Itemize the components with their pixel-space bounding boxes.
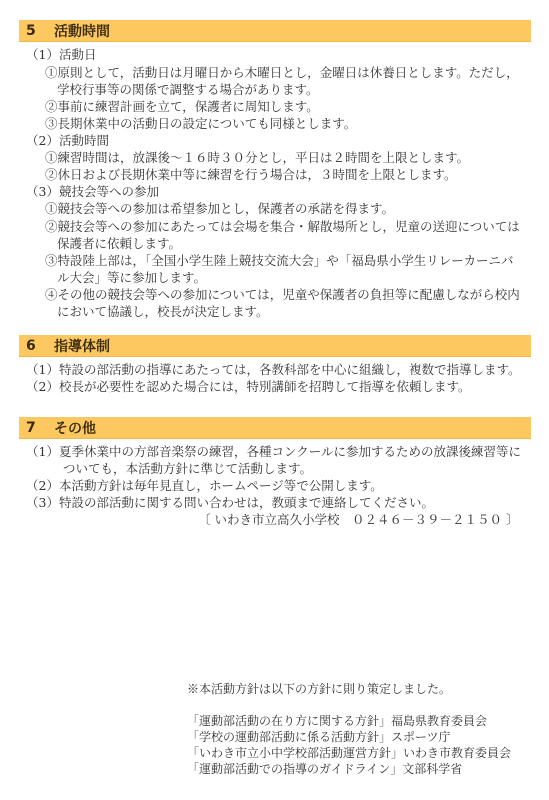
list-item: ④その他の競技会等への参加については，児童や保護者の負担等に配慮しながら校内 [45, 286, 520, 303]
section-6-header: 6 指導体制 [19, 335, 531, 357]
list-item-continuation: において協議し，校長が決定します。 [57, 303, 269, 320]
list-item: ①練習時間は，放課後～１６時３０分とし，平日は２時間を上限とします。 [45, 149, 469, 166]
section-7-header: 7 その他 [19, 417, 531, 439]
footnote-intro: ※本活動方針は以下の方針に則り策定しました。 [187, 681, 451, 697]
list-item: ①原則として，活動日は月曜日から木曜日とし，金曜日は休養日とします。ただし， [45, 64, 519, 81]
contact-info: 〔 いわき市立高久小学校 ０２４６－３９－２１５０ 〕 [198, 511, 518, 528]
section-title: 活動時間 [54, 21, 110, 41]
subsection-label: （1）活動日 [26, 46, 96, 63]
list-item: （2）校長が必要性を認めた場合には，特別講師を招聘して指導を依頼します。 [26, 378, 470, 395]
reference-item: 「運動部活動での指導のガイドライン」文部科学省 [187, 761, 462, 777]
section-5-header: 5 活動時間 [19, 20, 531, 42]
list-item: ②競技会等への参加にあたっては会場を集合・解散場所とし，児童の送迎については [45, 218, 520, 235]
reference-item: 「いわき市立小中学校部活動運営方針」いわき市教育委員会 [187, 745, 511, 761]
section-number: 5 [26, 23, 54, 39]
subsection-label: （2）活動時間 [26, 132, 109, 149]
list-item: （1）夏季休業中の方部音楽祭の練習，各種コンクールに参加するための放課後練習等に [26, 443, 521, 460]
list-item: （3）特設の部活動に関する問い合わせは，教頭まで連絡してください。 [26, 494, 434, 511]
reference-item: 「運動部活動の在り方に関する方針」福島県教育委員会 [187, 713, 487, 729]
list-item-continuation: 学校行事等の関係で調整する場合があります。 [57, 81, 319, 98]
list-item: ③特設陸上部は，「全国小学生陸上競技交流大会」や「福島県小学生リレーカーニバ [45, 252, 514, 269]
reference-item: 「学校の運動部活動に係る活動方針」スポーツ庁 [187, 729, 451, 745]
list-item-continuation: 保護者に依頼します。 [57, 235, 181, 252]
list-item-continuation: ついても，本活動方針に準じて活動します。 [63, 460, 312, 477]
list-item-continuation: ル大会」等に参加します。 [57, 269, 206, 286]
list-item: ③長期休業中の活動日の設定についても同様とします。 [45, 115, 356, 132]
section-number: 6 [26, 338, 54, 354]
subsection-label: （3）競技会等への参加 [26, 183, 159, 200]
list-item: ②事前に練習計画を立て，保護者に周知します。 [45, 98, 319, 115]
list-item: （1）特設の部活動の指導にあたっては，各教科部を中心に組織し，複数で指導します。 [26, 361, 520, 378]
list-item: ①競技会等への参加は希望参加とし，保護者の承諾を得ます。 [45, 200, 394, 217]
section-number: 7 [26, 420, 54, 436]
list-item: （2）本活動方針は毎年見直し，ホームページ等で公開します。 [26, 477, 383, 494]
section-title: その他 [54, 418, 96, 438]
section-title: 指導体制 [54, 336, 110, 356]
list-item: ②休日および長期休業中等に練習を行う場合は，３時間を上限とします。 [45, 166, 457, 183]
